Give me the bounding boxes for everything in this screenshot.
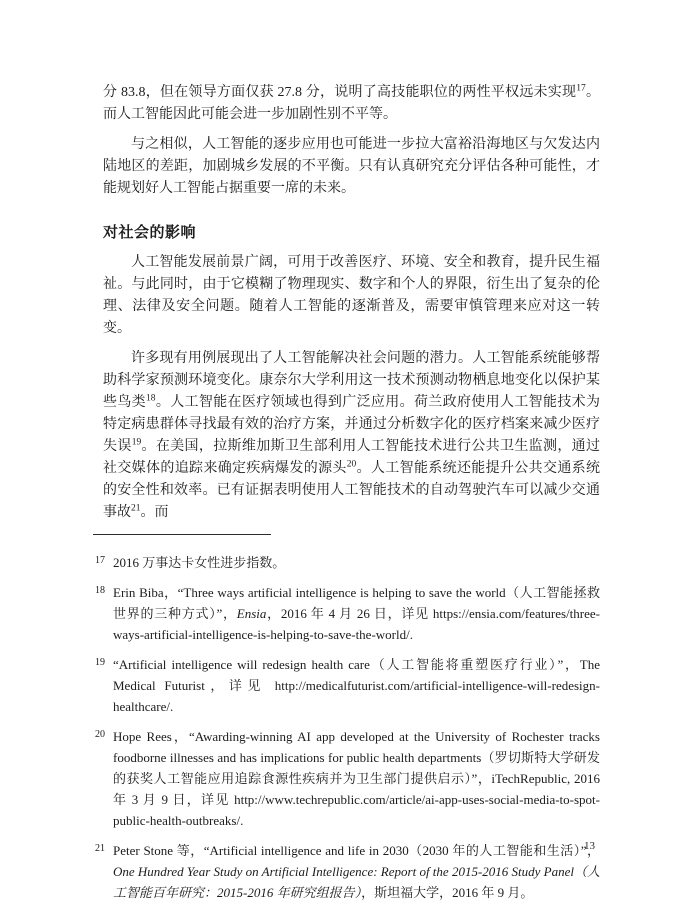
footnote-number: 20 xyxy=(95,724,105,745)
text-run: “Artificial intelligence will redesign h… xyxy=(113,657,600,714)
paragraphs-after-heading: 人工智能发展前景广阔，可用于改善医疗、环境、安全和教育，提升民生福祉。与此同时，… xyxy=(103,252,600,524)
footnote-text: Hope Rees，“Awarding-winning AI app devel… xyxy=(113,729,600,828)
footnote-number: 18 xyxy=(95,580,105,601)
footnote-number: 19 xyxy=(95,652,105,673)
footnote-text: Erin Biba，“Three ways artificial intelli… xyxy=(113,585,600,642)
text-run: Peter Stone 等，“Artificial intelligence a… xyxy=(113,843,600,858)
body-paragraph: 人工智能发展前景广阔，可用于改善医疗、环境、安全和教育，提升民生福祉。与此同时，… xyxy=(103,252,600,340)
body-paragraph: 与之相似，人工智能的逐步应用也可能进一步拉大富裕沿海地区与欠发达内陆地区的差距，… xyxy=(103,134,600,200)
footnote-ref: 17 xyxy=(576,83,586,93)
footnote-text: 2016 万事达卡女性进步指数。 xyxy=(113,555,285,570)
footnote-ref: 18 xyxy=(146,393,156,403)
paragraphs-top: 分 83.8，但在领导方面仅获 27.8 分，说明了高技能职位的两性平权远未实现… xyxy=(103,82,600,200)
text-run: 与之相似，人工智能的逐步应用也可能进一步拉大富裕沿海地区与欠发达内陆地区的差距，… xyxy=(103,137,600,196)
footnote-item: 21Peter Stone 等，“Artificial intelligence… xyxy=(95,840,600,903)
text-run: 。而 xyxy=(141,505,169,520)
footnote-item: 19“Artificial intelligence will redesign… xyxy=(95,654,600,717)
footnote-ref: 21 xyxy=(131,503,141,513)
text-run: ，斯坦福大学，2016 年 9 月。 xyxy=(361,885,533,900)
footnote-number: 21 xyxy=(95,838,105,859)
text-run: 2016 万事达卡女性进步指数。 xyxy=(113,555,285,570)
text-run: Hope Rees，“Awarding-winning AI app devel… xyxy=(113,729,600,828)
text-run: 人工智能发展前景广阔，可用于改善医疗、环境、安全和教育，提升民生福祉。与此同时，… xyxy=(103,255,600,336)
body-paragraph: 分 83.8，但在领导方面仅获 27.8 分，说明了高技能职位的两性平权远未实现… xyxy=(103,82,600,126)
body-text: 分 83.8，但在领导方面仅获 27.8 分，说明了高技能职位的两性平权远未实现… xyxy=(103,82,600,905)
body-paragraph: 许多现有用例展现出了人工智能解决社会问题的潜力。人工智能系统能够帮助科学家预测环… xyxy=(103,348,600,524)
italic-title: Ensia xyxy=(237,606,267,621)
footnote-text: “Artificial intelligence will redesign h… xyxy=(113,657,600,714)
footnotes-list: 172016 万事达卡女性进步指数。18Erin Biba，“Three way… xyxy=(95,552,600,903)
footnote-separator xyxy=(93,534,271,535)
footnote-item: 172016 万事达卡女性进步指数。 xyxy=(95,552,600,573)
footnote-text: Peter Stone 等，“Artificial intelligence a… xyxy=(113,843,600,900)
document-page: 分 83.8，但在领导方面仅获 27.8 分，说明了高技能职位的两性平权远未实现… xyxy=(0,0,700,905)
footnote-number: 17 xyxy=(95,550,105,571)
footnote-ref: 20 xyxy=(347,459,357,469)
text-run: 分 83.8，但在领导方面仅获 27.8 分，说明了高技能职位的两性平权远未实现 xyxy=(103,85,576,100)
footnote-item: 20Hope Rees，“Awarding-winning AI app dev… xyxy=(95,726,600,831)
footnote-ref: 19 xyxy=(132,437,142,447)
footnote-item: 18Erin Biba，“Three ways artificial intel… xyxy=(95,582,600,645)
page-number: 13 xyxy=(584,840,595,852)
section-heading: 对社会的影响 xyxy=(103,222,600,244)
